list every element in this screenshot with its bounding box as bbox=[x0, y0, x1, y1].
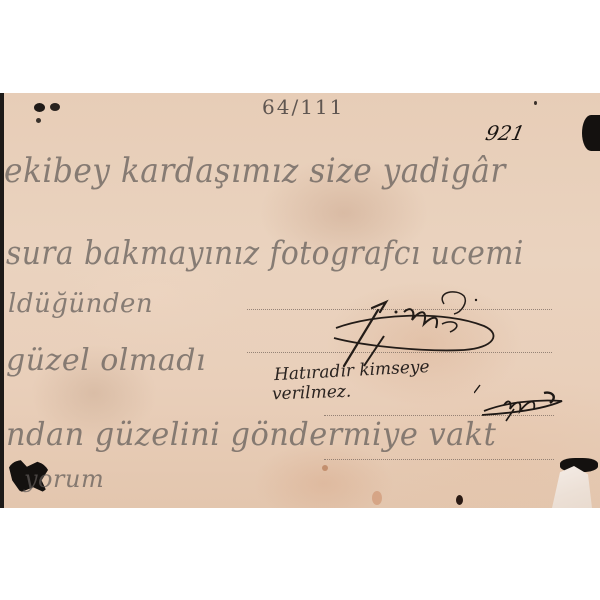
signature-large bbox=[324, 288, 524, 368]
pencil-line-6: yorum bbox=[24, 465, 104, 493]
torn-corner-dark-top-right bbox=[582, 115, 600, 151]
stain-spot bbox=[534, 101, 537, 105]
pencil-line-5: ndan güzelini göndermiye vakt bbox=[6, 415, 496, 453]
archive-number: 64/111 bbox=[262, 95, 344, 119]
torn-corner-bottom-right bbox=[552, 466, 592, 508]
ink-spot bbox=[50, 103, 60, 111]
pencil-line-3: ldüğünden bbox=[8, 289, 153, 319]
pencil-line-2: sura bakmayınız fotografcı ucemi bbox=[6, 233, 524, 272]
photo-card-back: 64/111 921 ekibey kardaşımız size yadigâ… bbox=[0, 93, 600, 508]
pencil-line-1: ekibey kardaşımız size yadigâr bbox=[4, 151, 506, 191]
stain-spot bbox=[322, 465, 328, 471]
stain-spot bbox=[372, 491, 382, 505]
ink-spot bbox=[34, 103, 45, 112]
ink-note-line-2: verilmez. bbox=[272, 382, 352, 405]
stain-spot bbox=[456, 495, 463, 505]
dotted-line-4 bbox=[324, 459, 554, 460]
ink-spot bbox=[36, 118, 41, 123]
ink-note-line-1: Hatıradır kimseye bbox=[274, 357, 430, 385]
item-number: 921 bbox=[483, 121, 526, 145]
signature-small bbox=[474, 383, 574, 423]
pencil-line-4: güzel olmadı bbox=[6, 343, 206, 378]
